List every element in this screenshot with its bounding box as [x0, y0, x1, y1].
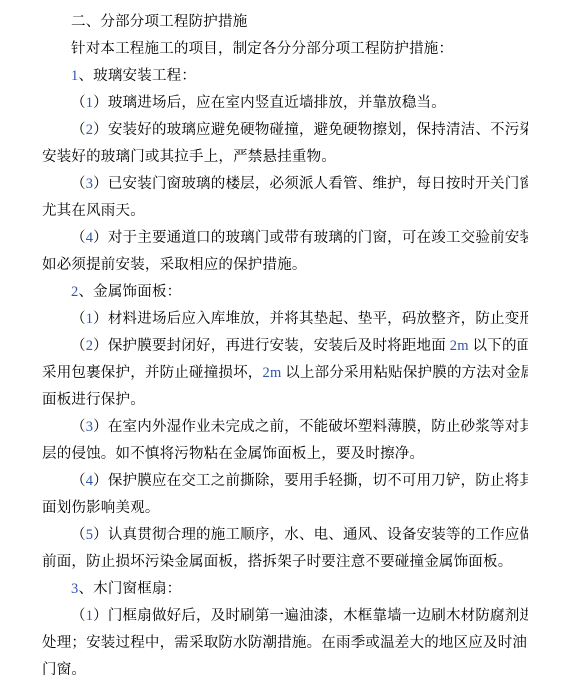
paragraph-line: （1）玻璃进场后，应在室内竖直近墙排放，并靠放稳当。: [42, 90, 528, 117]
numeral-text: 2: [86, 338, 93, 354]
list-item-heading: 2、金属饰面板：: [42, 279, 528, 306]
paragraph-continuation-line: 安装好的玻璃门或其拉手上，严禁悬挂重物。: [42, 144, 528, 171]
numeral-text: 4: [86, 230, 93, 246]
paragraph-line: （2）保护膜要封闭好，再进行安装，安装后及时将距地面 2m 以下的面层: [42, 333, 528, 360]
list-item-heading: 3、木门窗框扇：: [42, 576, 528, 603]
paragraph-continuation-line: 处理；安装过程中，需采取防水防潮措施。在雨季或温差大的地区应及时油漆: [42, 630, 528, 657]
paragraph-continuation-line: 面板进行保护。: [42, 387, 528, 414]
paragraph-line: 针对本工程施工的项目，制定各分分部分项工程防护措施：: [42, 36, 528, 63]
paragraph-line: （1）材料进场后应入库堆放，并将其垫起、垫平，码放整齐，防止变形。: [42, 306, 528, 333]
document-page: 二、分部分项工程防护措施针对本工程施工的项目，制定各分分部分项工程防护措施：1、…: [0, 0, 564, 697]
paragraph-continuation-line: 如必须提前安装，采取相应的保护措施。: [42, 252, 528, 279]
numeral-text: 2: [71, 284, 78, 300]
paragraph-line: （5）认真贯彻合理的施工顺序，水、电、通风、设备安装等的工作应做在: [42, 522, 528, 549]
paragraph-line: （4）保护膜应在交工之前撕除，要用手轻撕，切不可用刀铲，防止将其表: [42, 468, 528, 495]
paragraph-line: （4）对于主要通道口的玻璃门或带有玻璃的门窗，可在竣工交验前安装，: [42, 225, 528, 252]
paragraph-continuation-line: 采用包裹保护，并防止碰撞损坏，2m 以上部分采用粘贴保护膜的方法对金属饰: [42, 360, 528, 387]
paragraph-continuation-line: 门窗。: [42, 657, 528, 684]
paragraph-continuation-line: 面划伤影响美观。: [42, 495, 528, 522]
list-item-heading: 1、玻璃安装工程：: [42, 63, 528, 90]
numeral-text: 3: [86, 176, 93, 192]
numeral-text: 3: [86, 419, 93, 435]
numeral-text: 4: [86, 473, 93, 489]
paragraph-line: （3）已安装门窗玻璃的楼层，必须派人看管、维护，每日按时开关门窗，: [42, 171, 528, 198]
numeral-text: 2: [86, 122, 93, 138]
numeral-text: 5: [86, 527, 93, 543]
numeral-text: 1: [86, 311, 93, 327]
numeral-text: 2m: [450, 338, 469, 354]
numeral-text: 3: [71, 581, 78, 597]
numeral-text: 1: [86, 608, 93, 624]
paragraph-continuation-line: 尤其在风雨天。: [42, 198, 528, 225]
section-heading: 二、分部分项工程防护措施: [42, 9, 528, 36]
paragraph-line: （3）在室内外湿作业未完成之前，不能破坏塑料薄膜，防止砂浆等对其面: [42, 414, 528, 441]
numeral-text: 2m: [263, 365, 282, 381]
numeral-text: 1: [71, 68, 78, 84]
document-body: 二、分部分项工程防护措施针对本工程施工的项目，制定各分分部分项工程防护措施：1、…: [42, 9, 528, 684]
paragraph-line: （2）安装好的玻璃应避免硬物碰撞，避免硬物擦划，保持清洁、不污染。: [42, 117, 528, 144]
numeral-text: 1: [86, 95, 93, 111]
paragraph-continuation-line: 层的侵蚀。如不慎将污物粘在金属饰面板上，要及时擦净。: [42, 441, 528, 468]
paragraph-line: （1）门框扇做好后，及时刷第一遍油漆，木框靠墙一边刷木材防腐剂进行: [42, 603, 528, 630]
paragraph-continuation-line: 前面，防止损坏污染金属面板，搭拆架子时要注意不要碰撞金属饰面板。: [42, 549, 528, 576]
